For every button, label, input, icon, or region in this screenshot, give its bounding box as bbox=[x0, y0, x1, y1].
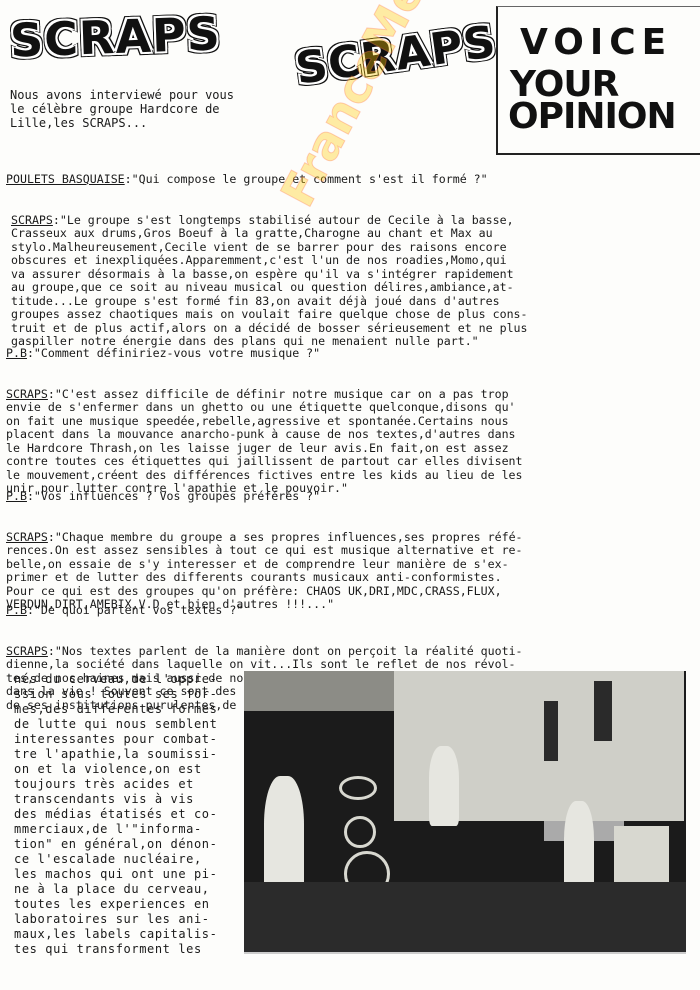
concert-photo bbox=[244, 671, 686, 954]
drum bbox=[344, 816, 376, 848]
question-text: :"Vos influences ? Vos groupes préférés … bbox=[27, 489, 320, 503]
speaker-question: P.B bbox=[6, 346, 27, 360]
question-text: :"Comment définiriez-vous votre musique … bbox=[27, 346, 320, 360]
guitarist bbox=[264, 776, 304, 896]
stage bbox=[244, 882, 686, 952]
question-text: :"De quoi parlent vos textes ?" bbox=[27, 603, 243, 617]
scraps-logo: SCRAPS bbox=[9, 6, 222, 67]
narrow-column-text: nés du cerveau,de l'oppre- ssion sous to… bbox=[14, 672, 217, 957]
building-windows bbox=[244, 671, 394, 711]
title-voice: VOICE bbox=[520, 22, 672, 63]
window bbox=[594, 681, 612, 741]
speaker-answer: SCRAPS bbox=[6, 387, 48, 401]
scraps-logo-secondary: SCRAPS bbox=[292, 16, 499, 95]
speaker-answer: SCRAPS bbox=[6, 644, 48, 658]
question-text: :"Qui compose le groupe et comment s'est… bbox=[125, 172, 488, 186]
speaker-question: P.B bbox=[6, 603, 27, 617]
title-opinion: OPINION bbox=[508, 96, 676, 137]
speaker-answer: SCRAPS bbox=[11, 213, 53, 227]
singer bbox=[429, 746, 459, 826]
speaker-question: P.B bbox=[6, 489, 27, 503]
cymbal bbox=[339, 776, 377, 800]
speaker-answer: SCRAPS bbox=[6, 530, 48, 544]
intro-text: Nous avons interviewé pour vous le célèb… bbox=[10, 88, 234, 130]
speaker-question: POULETS BASQUAISE bbox=[6, 172, 125, 186]
window bbox=[544, 701, 558, 761]
